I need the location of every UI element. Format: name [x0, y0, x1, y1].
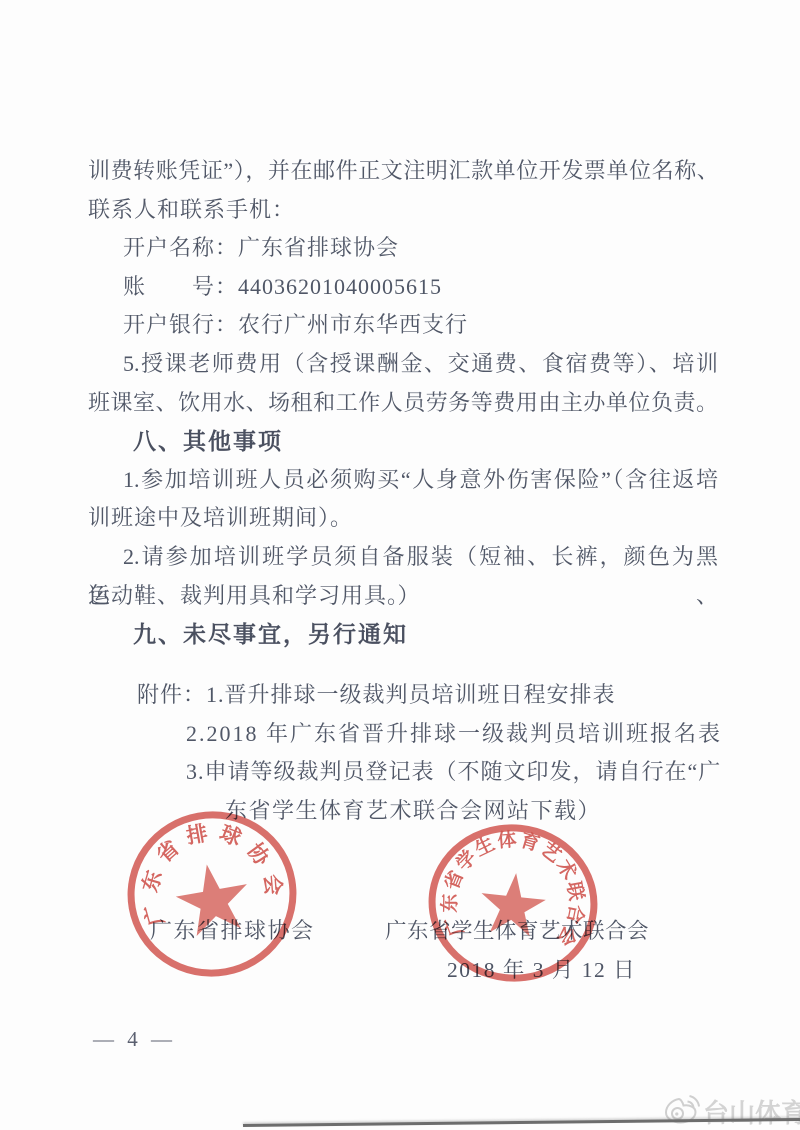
body-text: 训费转账凭证”），并在邮件正文注明汇款单位开发票单位名称、 联系人和联系手机： … — [88, 152, 718, 654]
attachments-block: 附件：1.晋升排球一级裁判员培训班日程安排表 2.2018 年广东省晋升排球一级… — [88, 676, 748, 830]
body-line: 1.参加培训班人员必须购买“人身意外伤害保险”（含往返培 — [88, 461, 718, 500]
watermark-text: 台山体育 — [703, 1093, 800, 1130]
section-heading-8: 八、其他事项 — [88, 422, 718, 461]
watermark: 台山体育 — [664, 1092, 800, 1130]
star-icon — [171, 858, 254, 938]
attachment-line: 3.申请等级裁判员登记表（不随文印发，请自行在“广 — [88, 753, 748, 792]
attachment-line: 2.2018 年广东省晋升排球一级裁判员培训班报名表 — [88, 715, 748, 754]
body-line: 训班途中及培训班期间）。 — [88, 499, 718, 538]
seal-right-student-sports-federation: 广东省学生体育艺术联合会 — [419, 814, 607, 991]
body-line-account-name: 开户名称：广东省排球协会 — [88, 229, 718, 268]
body-line: 训费转账凭证”），并在邮件正文注明汇款单位开发票单位名称、 — [88, 152, 718, 191]
body-line-account-number: 账 号：44036201040005615 — [88, 268, 718, 307]
body-line-bank: 开户银行：农行广州市东华西支行 — [88, 306, 718, 345]
body-line: 5.授课老师费用（含授课酬金、交通费、食宿费等）、培训 — [88, 345, 718, 384]
star-icon — [478, 870, 549, 938]
seal-left-volleyball-association: 广东省排球协会 — [110, 792, 314, 996]
page-number: — 4 — — [93, 1027, 176, 1052]
attachment-line: 附件：1.晋升排球一级裁判员培训班日程安排表 — [88, 676, 748, 715]
document-page: 训费转账凭证”），并在邮件正文注明汇款单位开发票单位名称、 联系人和联系手机： … — [0, 0, 800, 1130]
weibo-icon — [664, 1092, 701, 1130]
section-heading-9: 九、未尽事宜，另行通知 — [88, 615, 718, 654]
body-line: 联系人和联系手机： — [88, 191, 718, 230]
body-line: 2.请参加培训班学员须自备服装（短袖、长裤，颜色为黑色）、 — [88, 538, 718, 577]
body-line: 班课室、饮用水、场租和工作人员劳务等费用由主办单位负责。 — [88, 384, 718, 423]
